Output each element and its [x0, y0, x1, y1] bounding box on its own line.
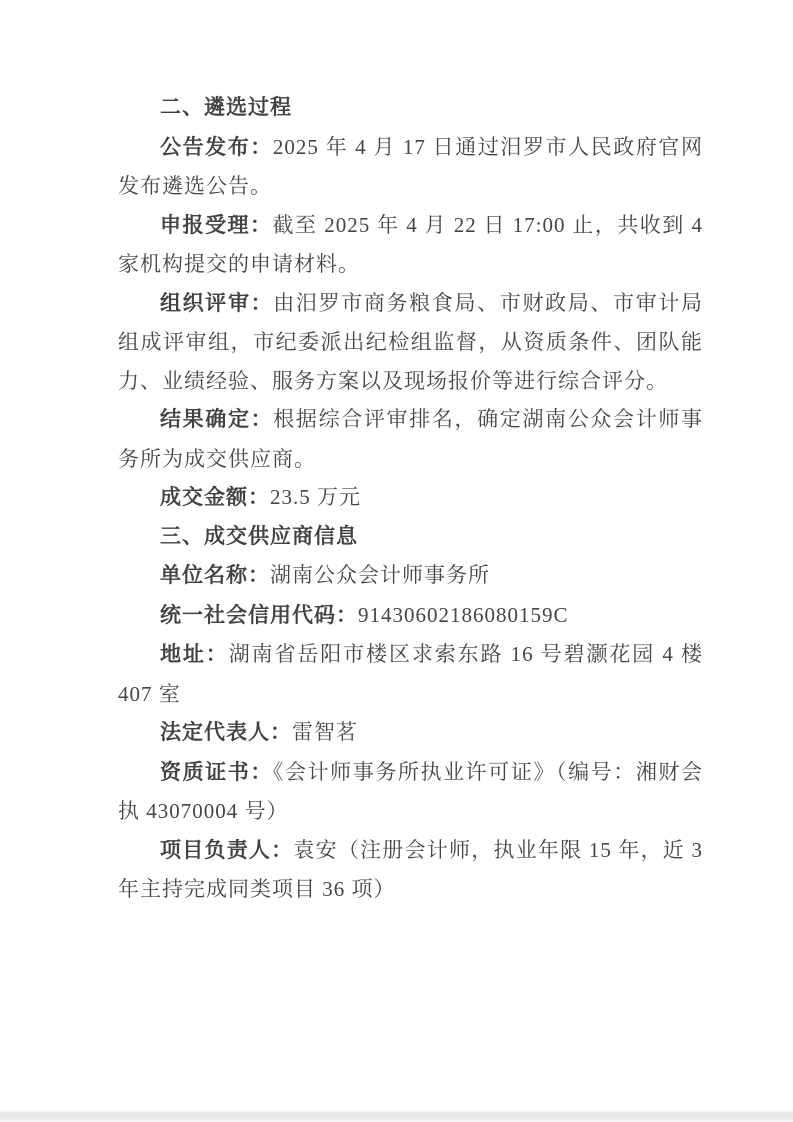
- paragraph-legal-representative: 法定代表人：雷智茗: [118, 713, 703, 753]
- page-bottom-edge: [0, 1106, 793, 1122]
- field-value-legal-representative: 雷智茗: [292, 720, 358, 744]
- heading-selection-process: 二、遴选过程: [118, 89, 703, 128]
- paragraph-company-name: 单位名称：湖南公众会计师事务所: [118, 556, 703, 596]
- paragraph-project-leader: 项目负责人：袁安（注册会计师，执业年限 15 年，近 3 年主持完成同类项目 3…: [118, 831, 703, 909]
- paragraph-application-acceptance: 申报受理：截至 2025 年 4 月 22 日 17:00 止，共收到 4 家机…: [118, 206, 703, 284]
- field-label-result-determination: 结果确定：: [160, 408, 273, 431]
- paragraph-announcement-release: 公告发布：2025 年 4 月 17 日通过汨罗市人民政府官网发布遴选公告。: [118, 128, 703, 206]
- field-label-application-acceptance: 申报受理：: [160, 214, 272, 237]
- field-label-company-name: 单位名称：: [160, 564, 270, 587]
- field-label-project-leader: 项目负责人：: [160, 839, 293, 862]
- document-page: 二、遴选过程 公告发布：2025 年 4 月 17 日通过汨罗市人民政府官网发布…: [0, 0, 793, 1122]
- paragraph-qualification-certificate: 资质证书：《会计师事务所执业许可证》（编号：湘财会执 43070004 号）: [118, 753, 703, 831]
- field-label-legal-representative: 法定代表人：: [160, 721, 292, 744]
- paragraph-credit-code: 统一社会信用代码：91430602186080159C: [118, 596, 703, 636]
- paragraph-address: 地址：湖南省岳阳市楼区求索东路 16 号碧灏花园 4 楼 407 室: [118, 635, 703, 713]
- field-label-review-organization: 组织评审：: [160, 292, 273, 315]
- heading-supplier-info: 三、成交供应商信息: [118, 518, 703, 557]
- paragraph-deal-amount: 成交金额：23.5 万元: [118, 478, 703, 518]
- document-content: 二、遴选过程 公告发布：2025 年 4 月 17 日通过汨罗市人民政府官网发布…: [0, 0, 793, 909]
- field-label-address: 地址：: [160, 643, 229, 666]
- field-value-credit-code: 91430602186080159C: [358, 603, 569, 627]
- field-label-credit-code: 统一社会信用代码：: [160, 604, 358, 627]
- paragraph-review-organization: 组织评审：由汨罗市商务粮食局、市财政局、市审计局组成评审组，市纪委派出纪检组监督…: [118, 284, 703, 401]
- field-label-deal-amount: 成交金额：: [160, 486, 270, 509]
- field-value-deal-amount: 23.5 万元: [270, 485, 361, 509]
- field-label-qualification-certificate: 资质证书：: [160, 761, 273, 784]
- field-label-announcement-release: 公告发布：: [160, 136, 273, 159]
- field-value-company-name: 湖南公众会计师事务所: [270, 563, 490, 587]
- paragraph-result-determination: 结果确定：根据综合评审排名，确定湖南公众会计师事务所为成交供应商。: [118, 400, 703, 478]
